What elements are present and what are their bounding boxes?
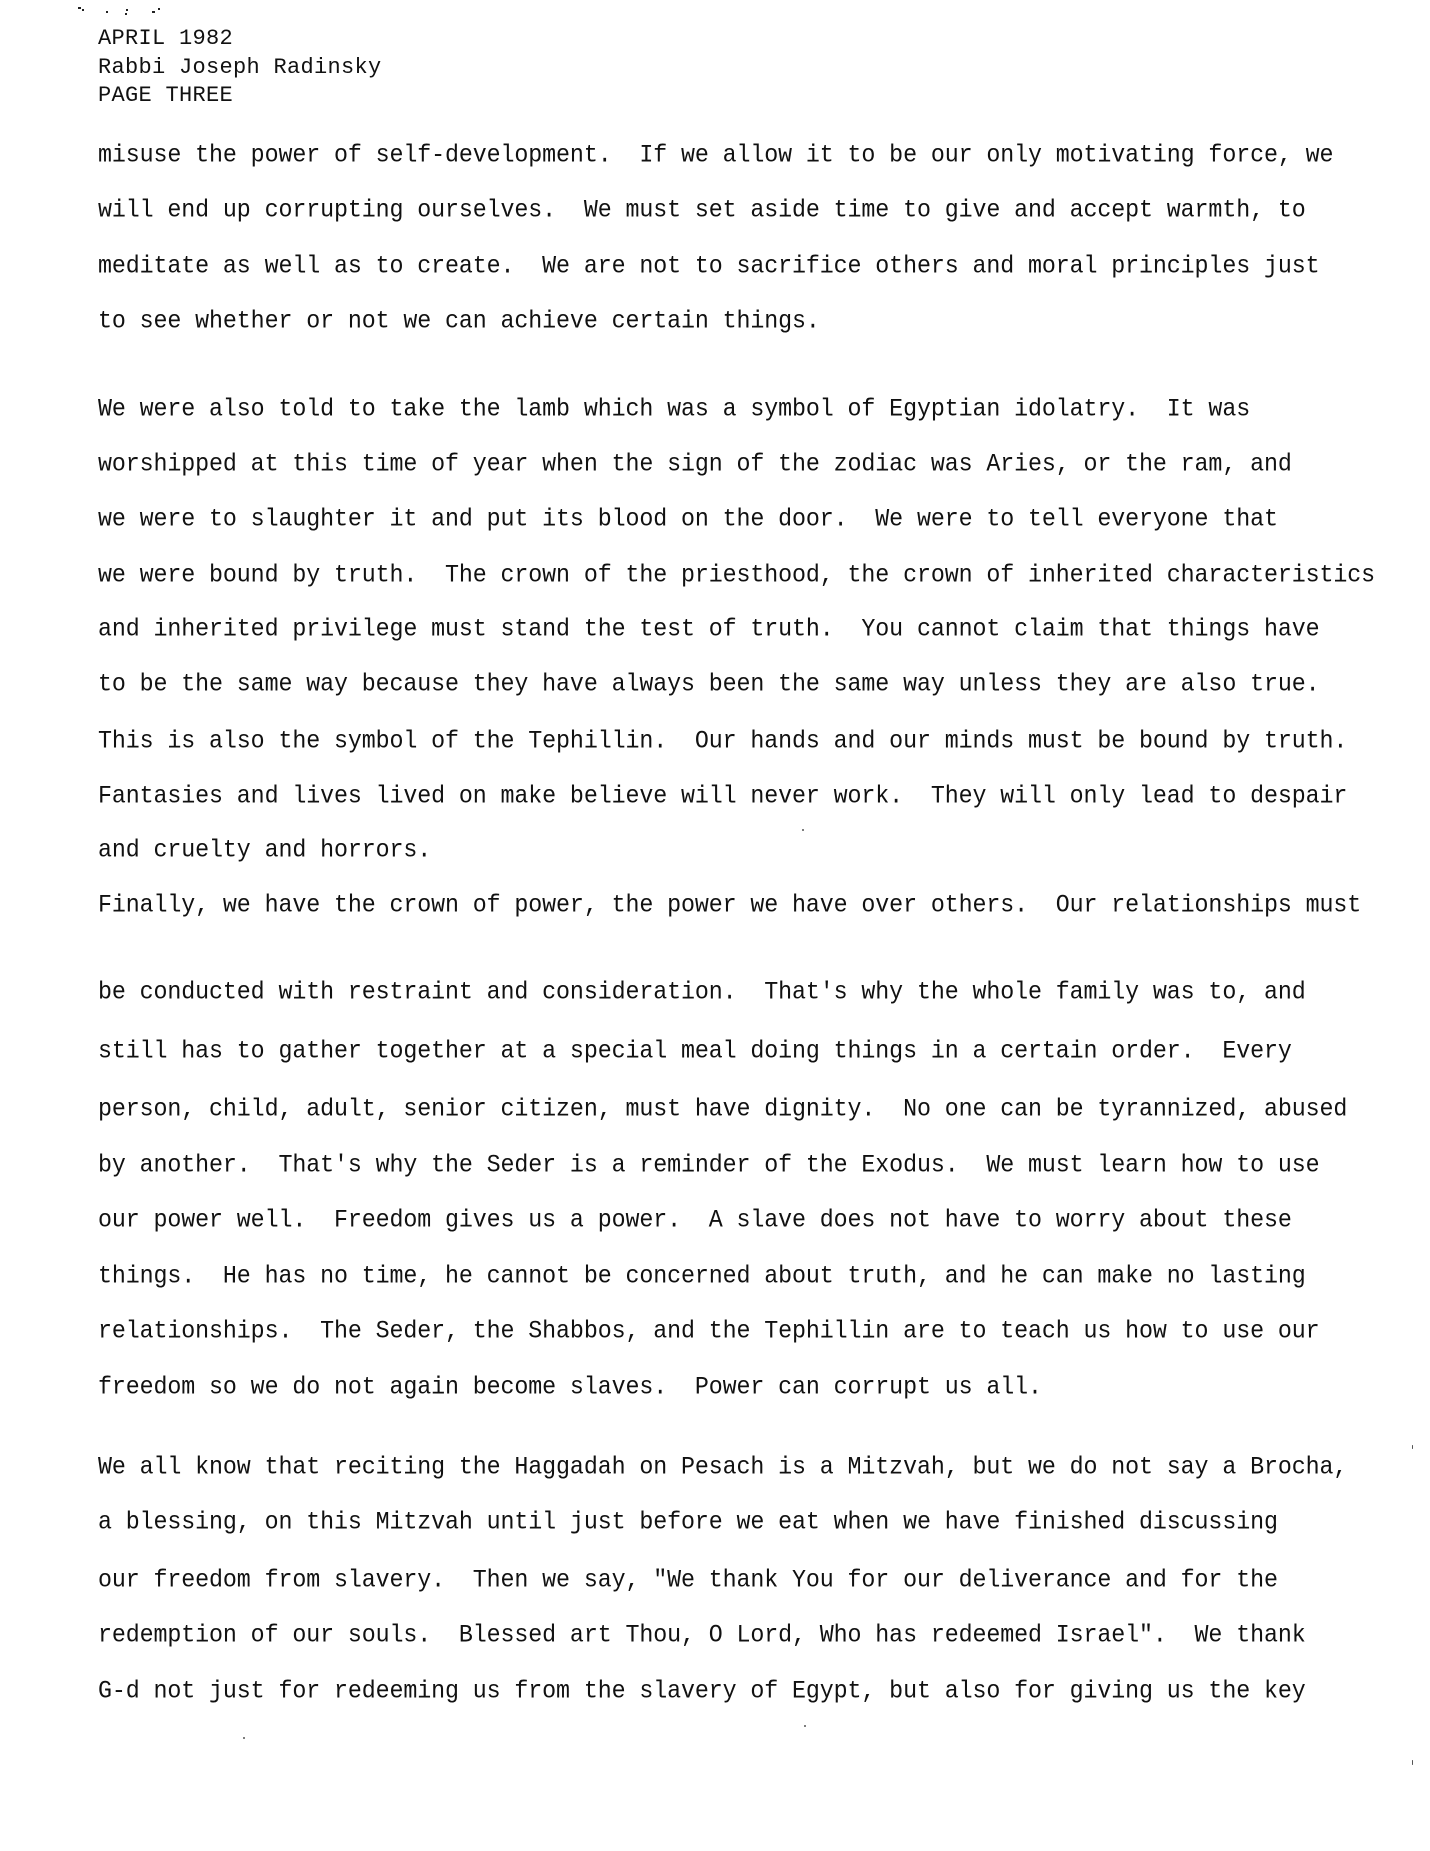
letter-header: APRIL 1982 Rabbi Joseph Radinsky PAGE TH… xyxy=(98,25,382,111)
scan-speck xyxy=(125,13,127,15)
text-line: This is also the symbol of the Tephillin… xyxy=(98,725,1347,757)
header-date: APRIL 1982 xyxy=(98,25,382,54)
text-line: worshipped at this time of year when the… xyxy=(98,448,1292,480)
text-line: We were also told to take the lamb which… xyxy=(98,393,1250,425)
text-line: be conducted with restraint and consider… xyxy=(98,976,1306,1008)
text-line: G-d not just for redeeming us from the s… xyxy=(98,1675,1306,1707)
text-line: and cruelty and horrors. xyxy=(98,834,431,866)
text-line: person, child, adult, senior citizen, mu… xyxy=(98,1093,1347,1125)
text-line: things. He has no time, he cannot be con… xyxy=(98,1260,1306,1292)
text-line: to see whether or not we can achieve cer… xyxy=(98,305,820,337)
text-line: still has to gather together at a specia… xyxy=(98,1035,1292,1067)
scan-speck xyxy=(804,1725,806,1727)
text-line: and inherited privilege must stand the t… xyxy=(98,613,1319,645)
scan-specks xyxy=(78,6,178,16)
scan-speck xyxy=(802,829,804,831)
scan-speck xyxy=(1412,1445,1413,1449)
text-line: a blessing, on this Mitzvah until just b… xyxy=(98,1506,1278,1538)
scan-speck xyxy=(126,9,128,11)
text-line: we were bound by truth. The crown of the… xyxy=(98,559,1375,591)
text-line: our power well. Freedom gives us a power… xyxy=(98,1204,1292,1236)
text-line: We all know that reciting the Haggadah o… xyxy=(98,1451,1347,1483)
scan-speck xyxy=(152,11,155,13)
scan-speck xyxy=(243,1737,245,1739)
text-line: will end up corrupting ourselves. We mus… xyxy=(98,194,1306,226)
scan-speck xyxy=(106,11,108,13)
scan-speck xyxy=(1412,1760,1413,1765)
text-line: misuse the power of self-development. If… xyxy=(98,139,1333,171)
scan-speck xyxy=(78,7,81,9)
text-line: Fantasies and lives lived on make believ… xyxy=(98,780,1347,812)
header-author: Rabbi Joseph Radinsky xyxy=(98,54,382,83)
text-line: redemption of our souls. Blessed art Tho… xyxy=(98,1619,1306,1651)
scan-speck xyxy=(158,8,160,10)
text-line: by another. That's why the Seder is a re… xyxy=(98,1149,1319,1181)
text-line: our freedom from slavery. Then we say, "… xyxy=(98,1564,1278,1596)
header-page: PAGE THREE xyxy=(98,82,382,111)
text-line: relationships. The Seder, the Shabbos, a… xyxy=(98,1315,1319,1347)
text-line: to be the same way because they have alw… xyxy=(98,668,1319,700)
scan-speck xyxy=(82,9,84,11)
text-line: meditate as well as to create. We are no… xyxy=(98,250,1319,282)
text-line: freedom so we do not again become slaves… xyxy=(98,1371,1042,1403)
text-line: Finally, we have the crown of power, the… xyxy=(98,889,1361,921)
text-line: we were to slaughter it and put its bloo… xyxy=(98,503,1278,535)
